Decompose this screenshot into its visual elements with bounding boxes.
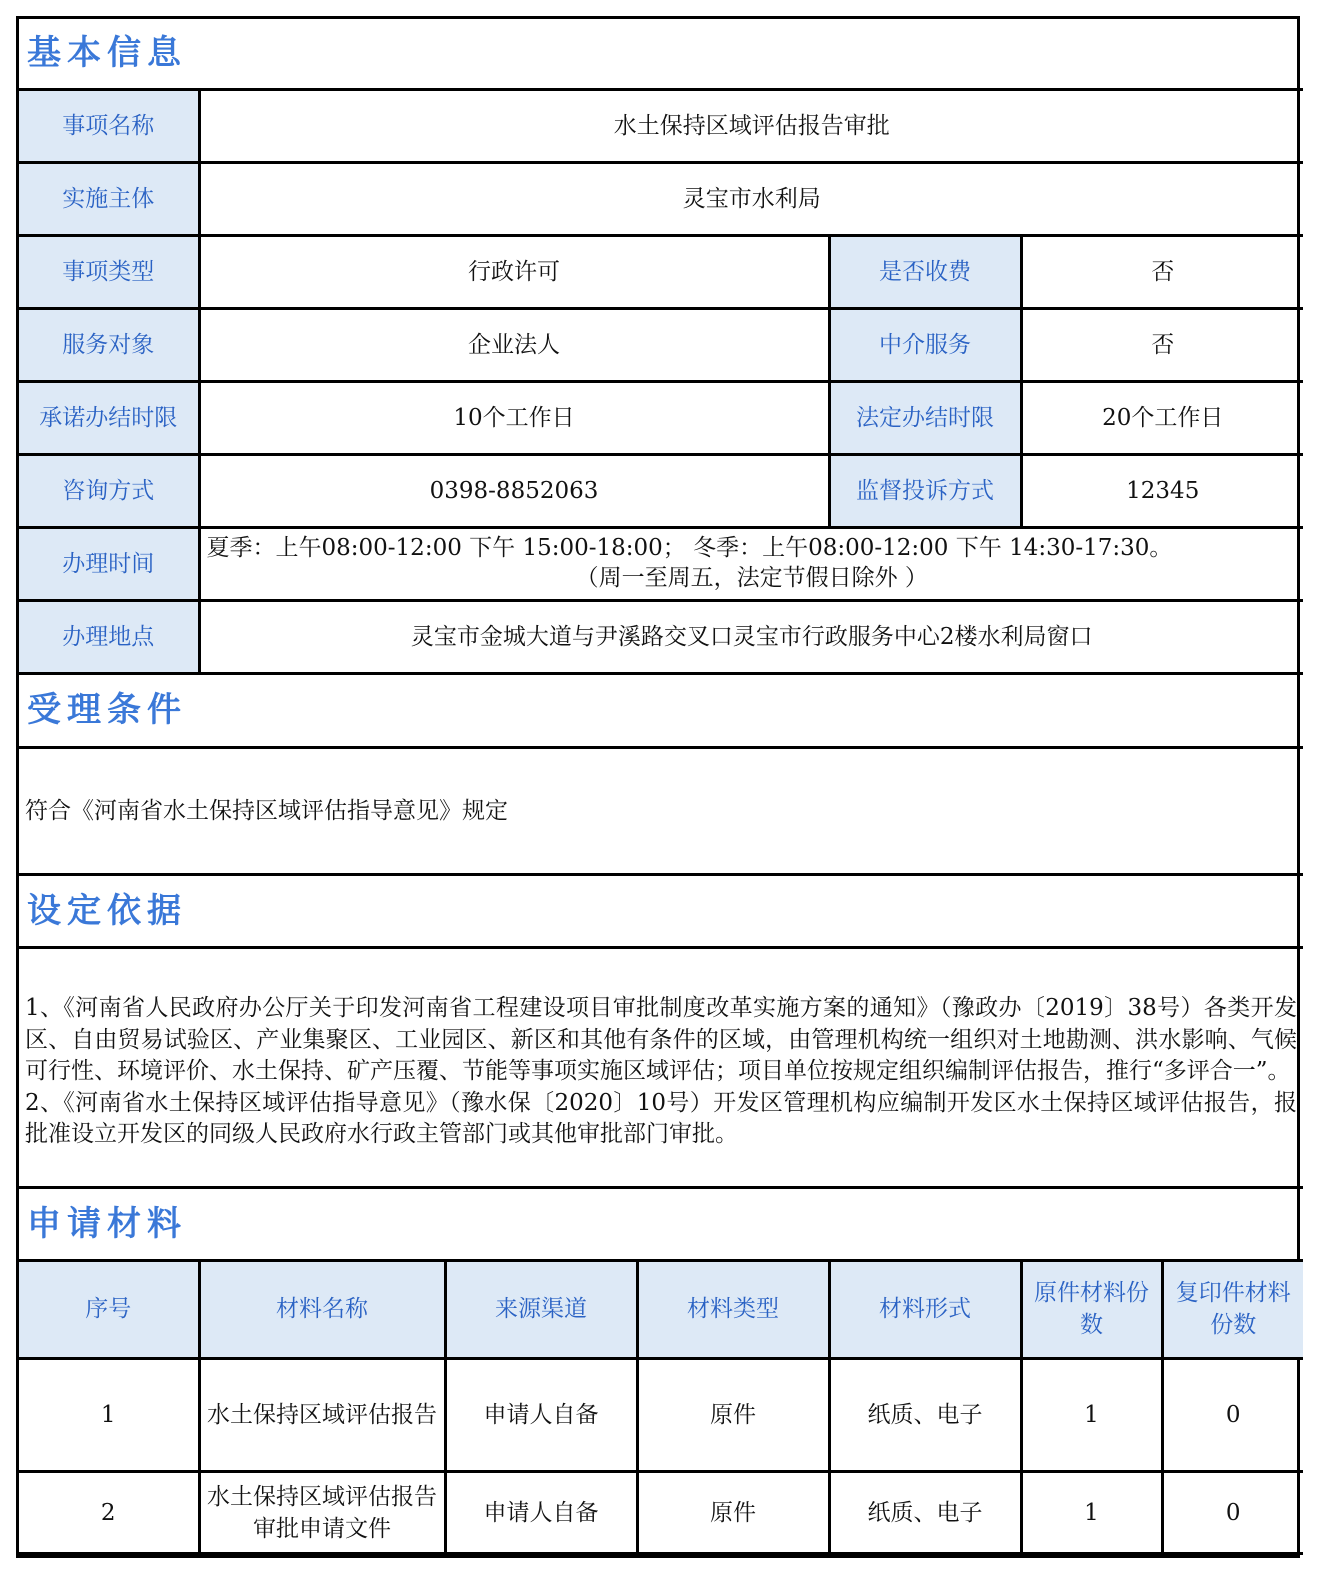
hours-line-1: 夏季：上午08:00-12:00 下午 15:00-18:00； 冬季：上午08… xyxy=(207,533,1298,563)
section-title-basic-info: 基本信息 xyxy=(19,19,1303,89)
material-original-count: 1 xyxy=(1021,1472,1162,1554)
acceptance-conditions-text: 符合《河南省水土保持区域评估指导意见》规定 xyxy=(19,747,1303,874)
label-consult: 咨询方式 xyxy=(19,454,199,527)
table-row: 2 水土保持区域评估报告审批申请文件 申请人自备 原件 纸质、电子 1 0 xyxy=(19,1472,1303,1554)
value-item-name: 水土保持区域评估报告审批 xyxy=(199,89,1303,162)
label-charge: 是否收费 xyxy=(829,235,1021,308)
materials-header-original-count: 原件材料份数 xyxy=(1021,1262,1162,1359)
material-copy-count: 0 xyxy=(1162,1472,1303,1554)
material-source: 申请人自备 xyxy=(445,1472,637,1554)
label-location: 办理地点 xyxy=(19,600,199,673)
value-item-type: 行政许可 xyxy=(199,235,829,308)
value-legal-time: 20个工作日 xyxy=(1021,381,1303,454)
label-hours: 办理时间 xyxy=(19,527,199,600)
value-consult: 0398-8852063 xyxy=(199,454,829,527)
materials-header-index: 序号 xyxy=(19,1262,199,1359)
material-type: 原件 xyxy=(637,1472,829,1554)
value-location: 灵宝市金城大道与尹溪路交叉口灵宝市行政服务中心2楼水利局窗口 xyxy=(199,600,1303,673)
material-form: 纸质、电子 xyxy=(829,1359,1021,1472)
material-index: 1 xyxy=(19,1359,199,1472)
section-title-application-materials: 申请材料 xyxy=(19,1187,1303,1260)
material-name: 水土保持区域评估报告审批申请文件 xyxy=(199,1472,445,1554)
value-service-target: 企业法人 xyxy=(199,308,829,381)
section-title-legal-basis: 设定依据 xyxy=(19,874,1303,947)
legal-basis-item-1: 1、《河南省人民政府办公厅关于印发河南省工程建设项目审批制度改革实施方案的通知》… xyxy=(25,993,1297,1088)
material-source: 申请人自备 xyxy=(445,1359,637,1472)
label-promised-time: 承诺办结时限 xyxy=(19,381,199,454)
label-intermediary: 中介服务 xyxy=(829,308,1021,381)
value-intermediary: 否 xyxy=(1021,308,1303,381)
materials-header-copy-count: 复印件材料份数 xyxy=(1162,1262,1303,1359)
label-implementing-body: 实施主体 xyxy=(19,162,199,235)
label-item-name: 事项名称 xyxy=(19,89,199,162)
label-legal-time: 法定办结时限 xyxy=(829,381,1021,454)
materials-header-type: 材料类型 xyxy=(637,1262,829,1359)
section-title-acceptance-conditions: 受理条件 xyxy=(19,673,1303,747)
material-type: 原件 xyxy=(637,1359,829,1472)
materials-header-form: 材料形式 xyxy=(829,1262,1021,1359)
materials-header-source: 来源渠道 xyxy=(445,1262,637,1359)
basic-info-table: 基本信息 事项名称 水土保持区域评估报告审批 实施主体 灵宝市水利局 事项类型 … xyxy=(19,19,1303,1262)
value-implementing-body: 灵宝市水利局 xyxy=(199,162,1303,235)
legal-basis-content: 1、《河南省人民政府办公厅关于印发河南省工程建设项目审批制度改革实施方案的通知》… xyxy=(19,947,1303,1187)
material-form: 纸质、电子 xyxy=(829,1472,1021,1554)
material-index: 2 xyxy=(19,1472,199,1554)
value-promised-time: 10个工作日 xyxy=(199,381,829,454)
value-complaint: 12345 xyxy=(1021,454,1303,527)
label-service-target: 服务对象 xyxy=(19,308,199,381)
material-name: 水土保持区域评估报告 xyxy=(199,1359,445,1472)
materials-header-name: 材料名称 xyxy=(199,1262,445,1359)
value-charge: 否 xyxy=(1021,235,1303,308)
hours-line-2: （周一至周五，法定节假日除外 ） xyxy=(207,563,1298,593)
materials-table: 序号 材料名称 来源渠道 材料类型 材料形式 原件材料份数 复印件材料份数 1 … xyxy=(19,1262,1303,1556)
legal-basis-item-2: 2、《河南省水土保持区域评估指导意见》（豫水保〔2020〕10号）开发区管理机构… xyxy=(25,1088,1297,1151)
table-row: 1 水土保持区域评估报告 申请人自备 原件 纸质、电子 1 0 xyxy=(19,1359,1303,1472)
label-item-type: 事项类型 xyxy=(19,235,199,308)
service-guide-sheet: 基本信息 事项名称 水土保持区域评估报告审批 实施主体 灵宝市水利局 事项类型 … xyxy=(16,16,1300,1558)
material-copy-count: 0 xyxy=(1162,1359,1303,1472)
value-hours: 夏季：上午08:00-12:00 下午 15:00-18:00； 冬季：上午08… xyxy=(199,527,1303,600)
material-original-count: 1 xyxy=(1021,1359,1162,1472)
label-complaint: 监督投诉方式 xyxy=(829,454,1021,527)
